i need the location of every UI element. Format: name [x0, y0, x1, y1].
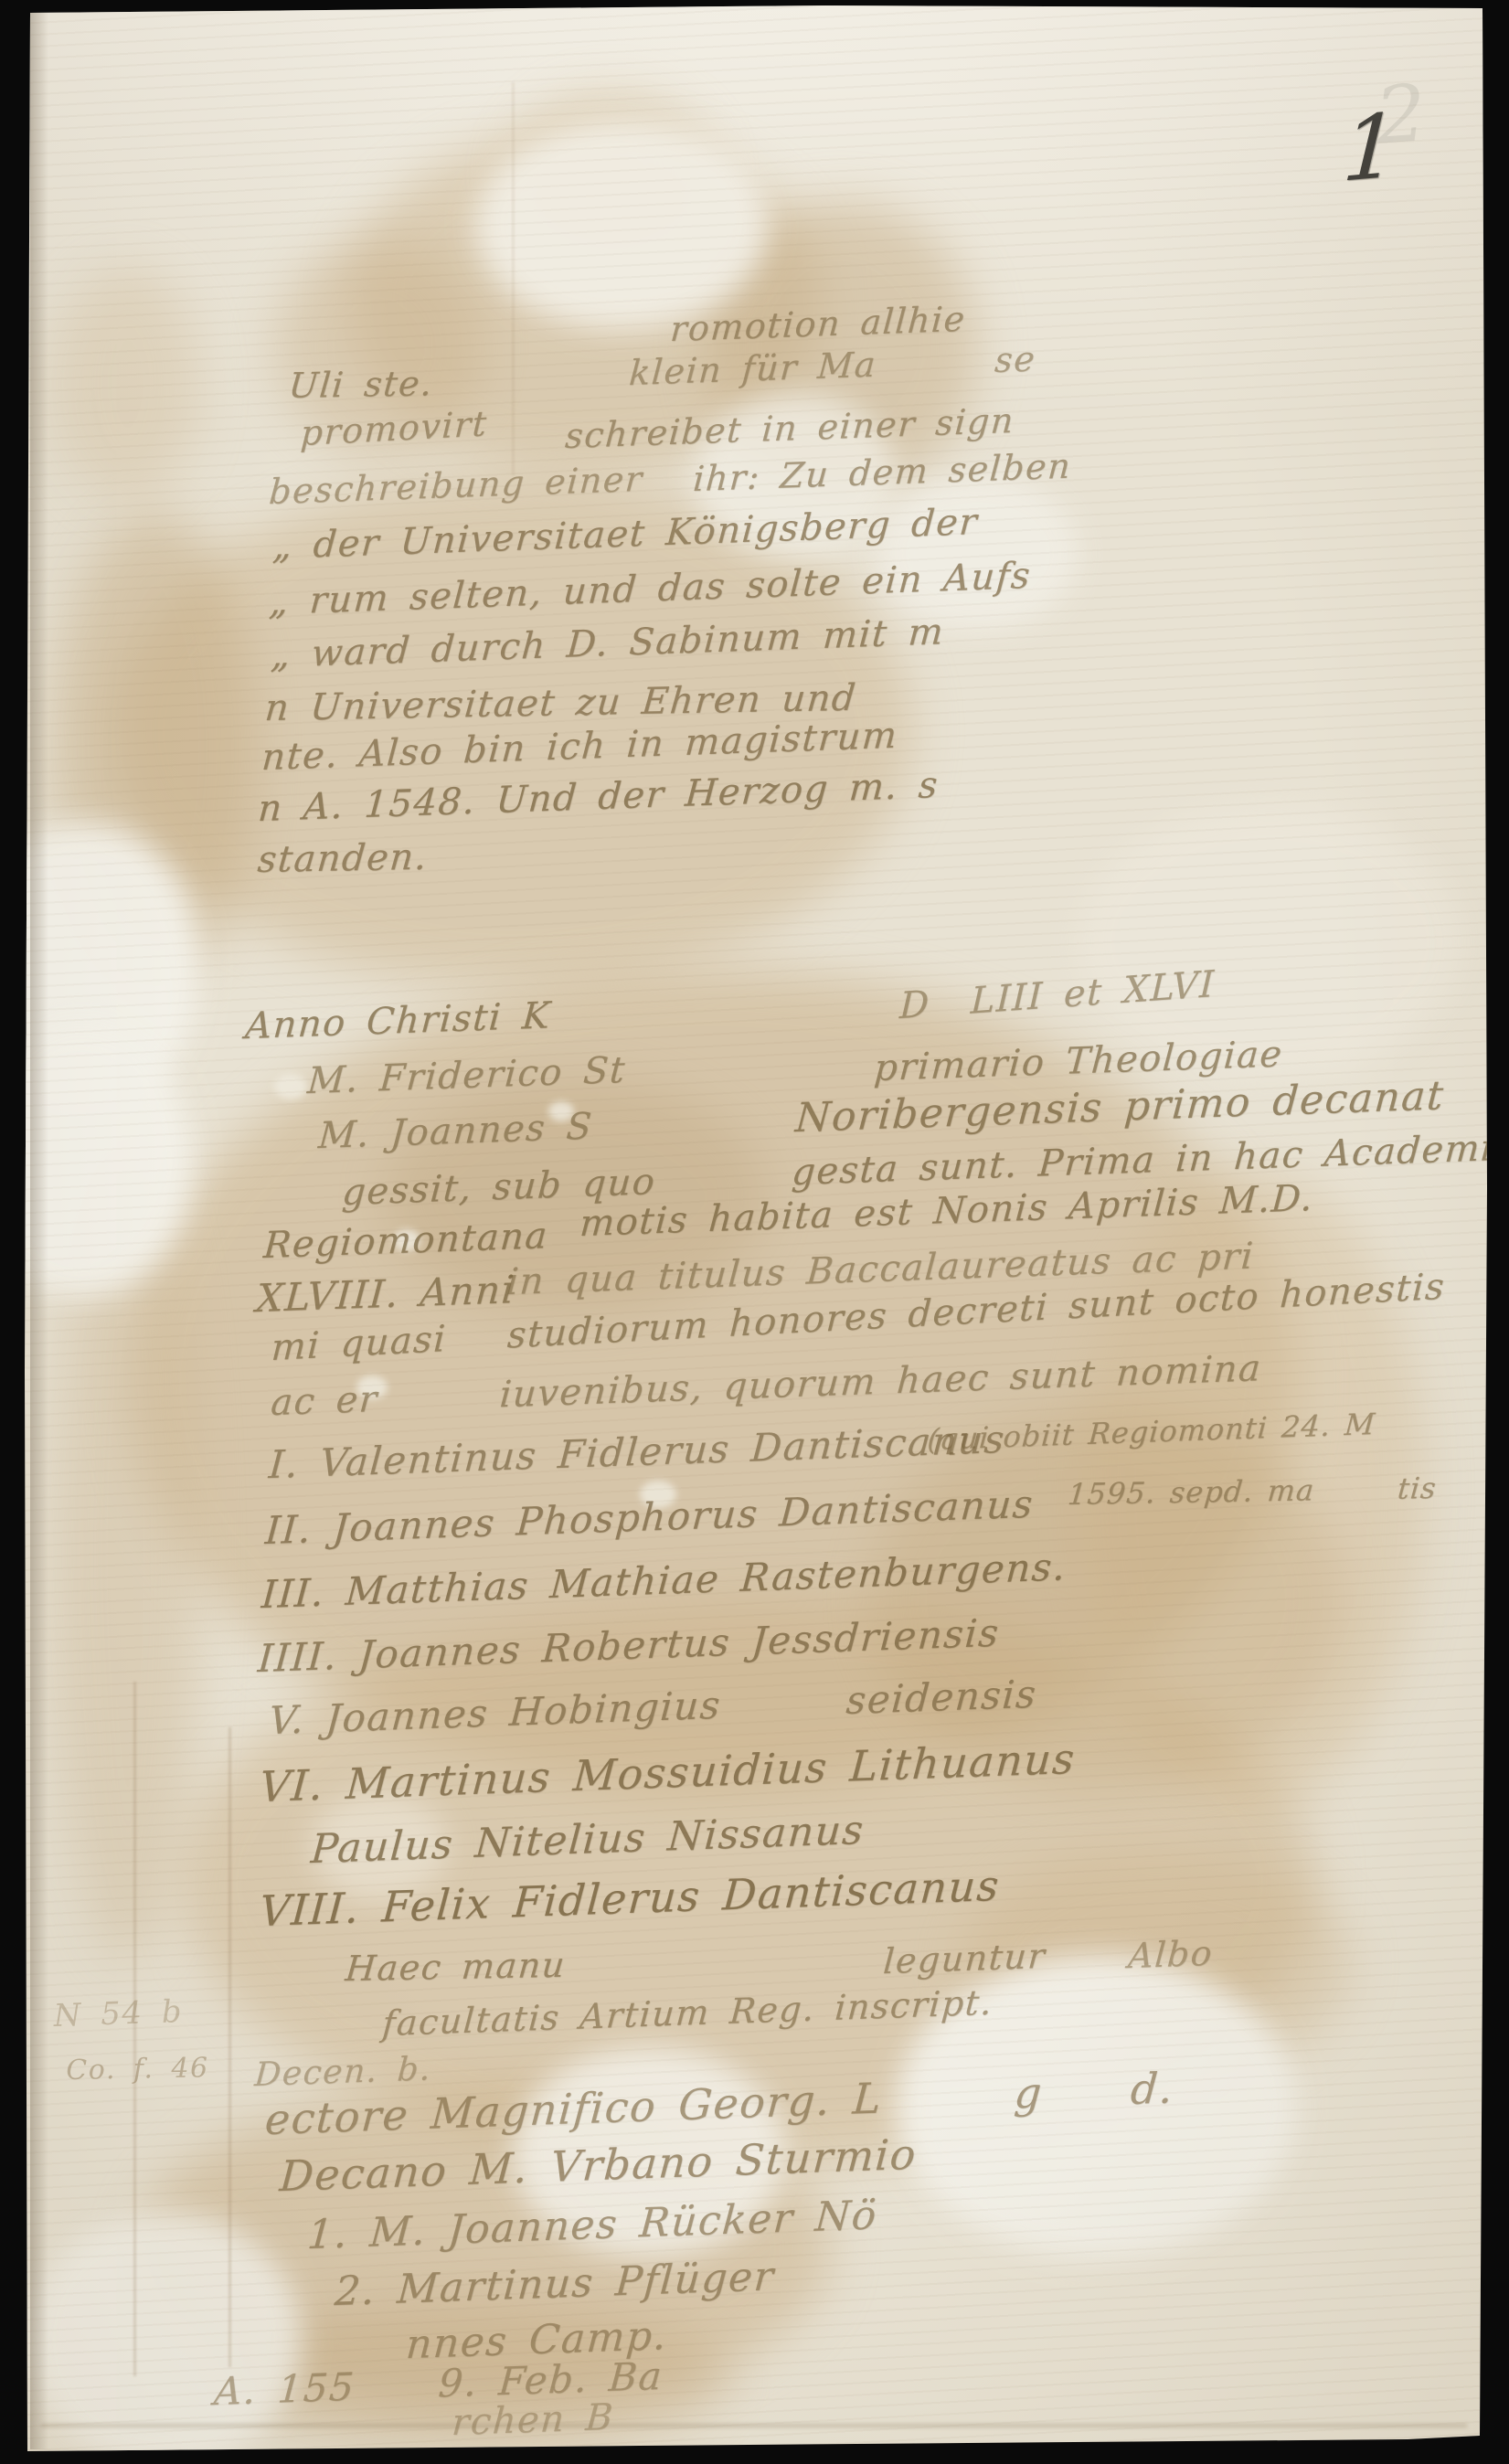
- repair-patch: [877, 475, 1079, 631]
- german-line-2a: Uli ste.: [287, 363, 435, 406]
- repair-patch: [475, 119, 768, 329]
- margin-note-bottom: Co. f. 46: [66, 2052, 209, 2087]
- latin-line-6a: XLVIII. Anni: [255, 1267, 517, 1321]
- fold-crease: [512, 82, 515, 475]
- scan-background: 2 1 N 54 b Co. f. 46 romotion allhie Uli…: [0, 0, 1509, 2464]
- side-note-line-2: 1595. sepd. ma tis: [1067, 1471, 1439, 1512]
- closing-line-3: Decen. b.: [253, 2050, 432, 2094]
- closing-line-1a: Haec manu: [344, 1945, 568, 1989]
- closing-line-1b: leguntur: [882, 1936, 1047, 1981]
- page-number: 1: [1340, 94, 1401, 202]
- under-sheet-edge: [41, 2424, 1467, 2427]
- stain-blot: [55, 265, 201, 503]
- binding-edge-shadow: [30, 9, 48, 2449]
- paper-sheet: 2 1 N 54 b Co. f. 46 romotion allhie Uli…: [0, 0, 1509, 2464]
- margin-note-top: N 54 b: [53, 1993, 184, 2034]
- fold-crease: [228, 1727, 231, 2367]
- closing-line-10: rchen B: [451, 2396, 615, 2444]
- paper-speck: [274, 1074, 307, 1099]
- stain-blot: [868, 1407, 1344, 1791]
- german-line-11: standen.: [256, 836, 430, 881]
- closing-line-1c: Albo: [1127, 1933, 1215, 1976]
